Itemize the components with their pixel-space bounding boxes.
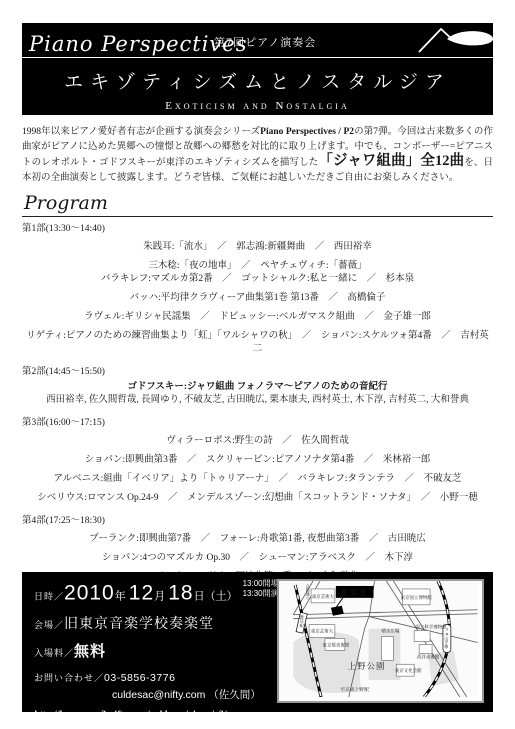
map-label-fountain: 噴水広場 [381,628,399,635]
event-name: 第7回ピアノ演奏会 [214,34,316,50]
intro-paragraph: 1998年以来ピアノ愛好者有志が企画する演奏会シリーズPiano Perspec… [22,125,493,185]
access-map: 鶯谷駅 JR山手線 [277,579,484,703]
program-line: プーランク:即興曲第7番 ／ フォーレ:舟歌第1番, 夜想曲第3番 ／ 古田暁広 [22,533,493,546]
date-month-suffix: 月 [154,591,168,603]
header-title-area: エキゾティシズムとノスタルジア Exoticism and Nostalgia [22,58,493,112]
venue-label: 会場／ [34,620,64,630]
map-label-kototoi-street: 言問通り [306,583,311,600]
intro-text-1: 1998年以来ピアノ愛好者有志が企画する演奏会シリーズ [22,127,260,137]
program-line: シベリウス:ロマンス Op.24-9 ／ メンデルスゾーン:幻想曲「スコットラン… [22,492,493,505]
program-line: ショパン:4つのマズルカ Op.30 ／ シューマン:アラベスク ／ 木下淳 [22,552,493,565]
section-2-header: 第2部(14:45〜15:50) [22,366,493,378]
map-label-jr-line: JR山手線 [444,627,449,649]
map-label-bunka-kaikan: 東京文化会館 [395,667,422,674]
section-3-header: 第3部(16:00〜17:15) [22,417,493,429]
map-label-science-museum: 国立科学博物館 [415,624,447,631]
date-label: 日時／ [34,592,64,602]
fee-label: 入場料／ [34,648,74,658]
start-time: 13:30開演 [243,589,279,599]
header-band: Piano Perspectives 第7回ピアノ演奏会 エキゾティシズムとノス… [22,23,493,115]
map-label-park: 上野公園 [348,661,386,671]
date-day: 18 [168,582,193,605]
map-label-hall: 奏楽堂 [341,587,369,597]
map-label-metro-art-museum: 東京都美術館 [323,641,350,648]
door-times: 13:00開場13:30開演 [243,579,279,598]
venue-row: 会場／旧東京音楽学校奏楽堂 [34,613,284,633]
program-line: ヴィラーロボス:野生の詩 ／ 佐久間哲哉 [22,435,493,448]
program-line: バラキレフ:マズルカ第2番 ／ ゴットシャルク:私と一緒に ／ 杉本泉 [22,273,493,286]
fee-row: 入場料／無料 [34,640,284,661]
contact-row: お問い合わせ／03-5856-3776 culdesac@nifty.com （… [34,668,284,702]
map-label-keisei-station: 至京成上野駅 [340,686,369,693]
venue-name: 旧東京音楽学校奏楽堂 [64,615,214,631]
map-label-uguisudani-station: 鶯谷駅 [299,613,305,629]
date-month: 12 [129,582,154,605]
date-row: 日時／2010年 12月 18日（土）13:00開場13:30開演 [34,579,284,606]
intro-series-name: Piano Perspectives / P2 [260,127,354,137]
date-year: 2010 [64,582,115,605]
contact-phone: 03-5856-3776 [104,672,175,684]
program-heading: Program [22,192,493,217]
date-day-suffix: 日（土） [194,591,238,603]
fee-value: 無料 [74,643,106,660]
program-line: バッハ:平均律クラヴィーア曲集第1巻 第13番 ／ 高橋倫子 [22,292,493,305]
program-line: 三木稔:「夜の地車」 ／ ペヤチェヴィチ:「薔薇」 [22,260,493,273]
program-line: アルベニス:組曲「イベリア」より「トゥリアーナ」 ／ バラキレフ:タランテラ ／… [22,473,493,486]
map-label-geidai-2: 東京芸術大 [311,628,334,635]
website-url: http://homepage2.nifty.com/culdesac/pian… [34,710,284,720]
program: Program 第1部(13:30〜14:40) 朱践耳:「流水」 ／ 郭志鴻:… [22,192,493,603]
program-line: 西田裕幸, 佐久間哲哉, 長岡ゆり, 不破友芝, 古田暁広, 栗本康夫, 西村英… [22,394,493,407]
bird-logo-icon [413,25,493,60]
map-label-national-museum: 東京国立博物館 [401,594,433,601]
date-year-suffix: 年 [115,591,129,603]
program-section-2: 第2部(14:45〜15:50) ゴドフスキー:ジャワ組曲 フォノラマ〜ピアノの… [22,366,493,407]
concert-title-en: Exoticism and Nostalgia [22,100,493,112]
flyer-page: Piano Perspectives 第7回ピアノ演奏会 エキゾティシズムとノス… [0,0,515,729]
program-line: 朱践耳:「流水」 ／ 郭志鴻:新疆舞曲 ／ 西田裕幸 [22,241,493,254]
open-time: 13:00開場 [243,579,279,589]
contact-email: culdesac@nifty.com （佐久間） [34,687,284,702]
intro-highlight: 「ジャワ組曲」全12曲 [318,153,464,169]
program-section-1: 第1部(13:30〜14:40) 朱践耳:「流水」 ／ 郭志鴻:新疆舞曲 ／ 西… [22,223,493,356]
program-line: ゴドフスキー:ジャワ組曲 フォノラマ〜ピアノのための音紀行 [22,381,493,394]
program-section-3: 第3部(16:00〜17:15) ヴィラーロボス:野生の詩 ／ 佐久間哲哉 ショ… [22,417,493,505]
map-label-western-art-museum: 西洋美術館 [417,653,440,660]
section-1-header: 第1部(13:30〜14:40) [22,223,493,235]
header-top-row: Piano Perspectives 第7回ピアノ演奏会 [22,23,493,58]
section-4-header: 第4部(17:25〜18:30) [22,515,493,527]
footer-info-box: 日時／2010年 12月 18日（土）13:00開場13:30開演 会場／旧東京… [22,572,493,712]
program-line: ラヴェル:ギリシャ民謡集 ／ ドビュッシー:ベルガマスク組曲 ／ 金子雄一郎 [22,311,493,324]
contact-label: お問い合わせ／ [34,673,104,683]
program-line: ショパン:即興曲第3番 ／ スクリャービン:ピアノソナタ第4番 ／ 米林裕一郎 [22,454,493,467]
footer-details: 日時／2010年 12月 18日（土）13:00開場13:30開演 会場／旧東京… [34,579,284,720]
program-line: リゲティ:ピアノのための練習曲集より「虹」「ワルシャワの秋」 ／ ショパン:スケ… [22,330,493,356]
concert-title-ja: エキゾティシズムとノスタルジア [22,67,493,94]
map-label-geidai-1: 東京芸術大 [312,593,335,600]
